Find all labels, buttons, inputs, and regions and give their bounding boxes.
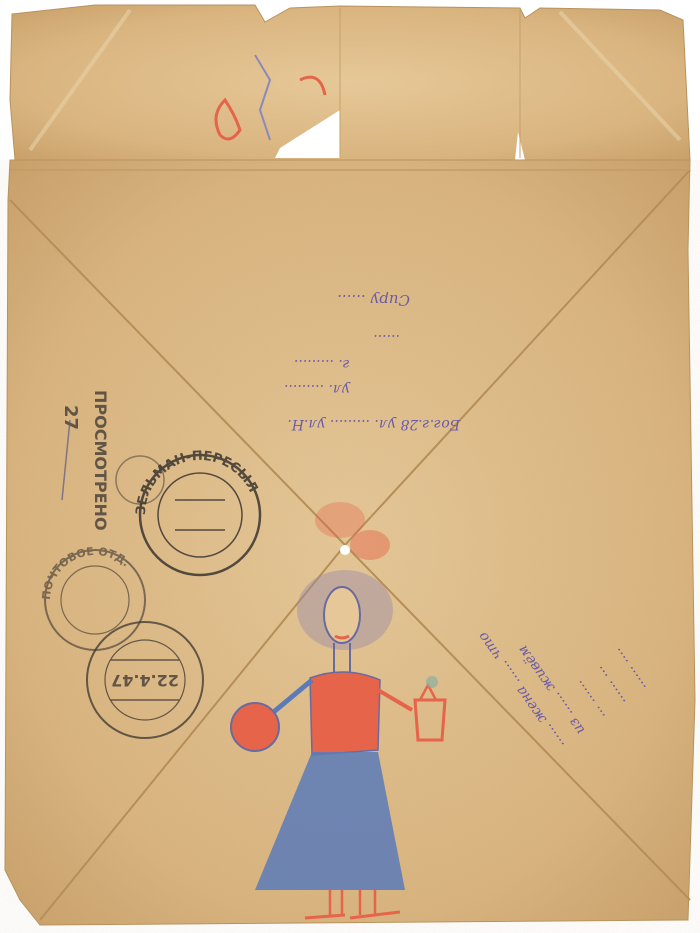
letter-illustration: Сиру ...... ...... г. ......... ул. ....… bbox=[0, 0, 700, 933]
svg-text:27: 27 bbox=[60, 405, 81, 430]
svg-text:г. .........: г. ......... bbox=[294, 356, 350, 372]
svg-text:Сиру ......: Сиру ...... bbox=[337, 291, 410, 309]
svg-text:ул. .........: ул. ......... bbox=[284, 381, 351, 397]
svg-text:Бог.г.28 ул. ......... ул.Н.: Бог.г.28 ул. ......... ул.Н. bbox=[287, 416, 461, 432]
letter-photo: Сиру ...... ...... г. ......... ул. ....… bbox=[0, 0, 700, 933]
svg-text:ПРОСМОТРЕНО: ПРОСМОТРЕНО bbox=[91, 390, 110, 531]
top-flap bbox=[10, 5, 690, 160]
svg-text:......: ...... bbox=[373, 331, 400, 347]
svg-text:22.4.47: 22.4.47 bbox=[111, 671, 179, 690]
